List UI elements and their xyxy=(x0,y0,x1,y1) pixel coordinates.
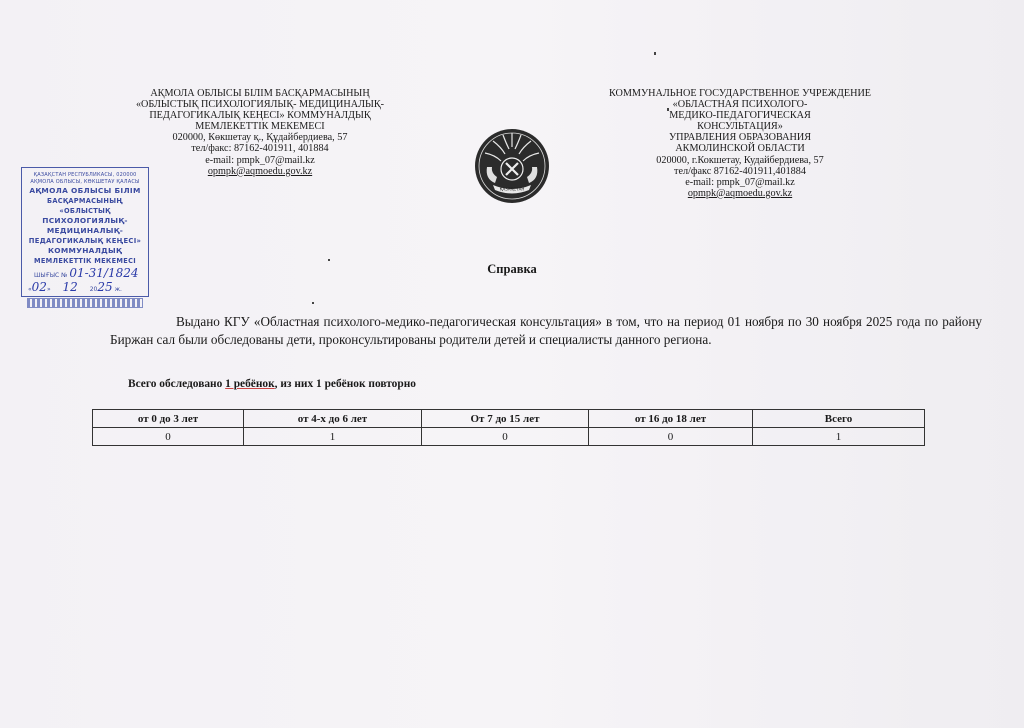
outgoing-registration-stamp: ҚАЗАҚСТАН РЕСПУБЛИКАСЫ, 020000 АҚМОЛА ОБ… xyxy=(21,167,149,297)
stamp-org-line: ПЕДАГОГИКАЛЫҚ КЕҢЕСІ» xyxy=(22,236,148,246)
table-header-cell: От 7 до 15 лет xyxy=(422,410,589,428)
header-address: 020000, г.Кокшетау, Кудайбердиева, 57 xyxy=(585,155,895,166)
header-line: АКМОЛИНСКОЙ ОБЛАСТИ xyxy=(585,143,895,154)
stamp-date-day: 02 xyxy=(32,280,47,294)
header-line: МЕДИКО-ПЕДАГОГИЧЕСКАЯ xyxy=(585,110,895,121)
stamp-org-line: БАСҚАРМАСЫНЫҢ «ОБЛЫСТЫҚ xyxy=(22,196,148,216)
header-line: ПЕДАГОГИКАЛЫҚ КЕҢЕСІ» КОММУНАЛДЫҚ xyxy=(110,110,410,121)
header-phone: тел/факс: 87162-401911, 401884 xyxy=(110,143,410,154)
stamp-ornament xyxy=(27,298,143,308)
document-body: Выдано КГУ «Областная психолого-медико-п… xyxy=(110,313,982,349)
summary-count: 1 ребёнок xyxy=(225,378,275,390)
header-line: АҚМОЛА ОБЛЫСЫ БІЛІМ БАСҚАРМАСЫНЫҢ xyxy=(110,88,410,99)
stamp-org-line: ПСИХОЛОГИЯЛЫҚ- xyxy=(22,216,148,226)
table-cell: 0 xyxy=(422,428,589,446)
stamp-date: «02» 12 2025 ж. xyxy=(22,282,148,295)
table-cell: 1 xyxy=(244,428,422,446)
stamp-date-month: 12 xyxy=(63,280,78,294)
scan-speck xyxy=(654,52,656,55)
header-line: «ОБЛЫСТЫҚ ПСИХОЛОГИЯЛЫҚ- МЕДИЦИНАЛЫҚ- xyxy=(110,99,410,110)
header-line: МЕМЛЕКЕТТІК МЕКЕМЕСІ xyxy=(110,121,410,132)
header-address: 020000, Көкшетау қ., Құдайбердиева, 57 xyxy=(110,132,410,143)
state-emblem-icon: ҚАЗАҚСТАН xyxy=(473,127,551,205)
header-kazakh: АҚМОЛА ОБЛЫСЫ БІЛІМ БАСҚАРМАСЫНЫҢ «ОБЛЫС… xyxy=(110,88,410,177)
header-email: e-mail: pmpk_07@mail.kz xyxy=(585,177,895,188)
stamp-city-line: АҚМОЛА ОБЛЫСЫ, КӨКШЕТАУ ҚАЛАСЫ xyxy=(22,179,148,186)
scan-speck xyxy=(328,259,330,261)
age-group-stats-table: от 0 до 3 лет от 4-х до 6 лет От 7 до 15… xyxy=(92,409,925,446)
scan-speck xyxy=(312,302,314,304)
document-title: Справка xyxy=(0,262,1024,277)
header-phone: тел/факс 87162-401911,401884 xyxy=(585,166,895,177)
body-paragraph: Выдано КГУ «Областная психолого-медико-п… xyxy=(110,314,982,347)
stamp-org-line: МЕДИЦИНАЛЫҚ- xyxy=(22,226,148,236)
header-line: УПРАВЛЕНИЯ ОБРАЗОВАНИЯ xyxy=(585,132,895,143)
header-email-link[interactable]: opmpk@aqmoedu.gov.kz xyxy=(585,188,895,199)
header-line: КОММУНАЛЬНОЕ ГОСУДАРСТВЕННОЕ УЧРЕЖДЕНИЕ xyxy=(585,88,895,99)
stamp-org-line: АҚМОЛА ОБЛЫСЫ БІЛІМ xyxy=(22,186,148,196)
header-email: e-mail: pmpk_07@mail.kz xyxy=(110,155,410,166)
table-row: 0 1 0 0 1 xyxy=(93,428,925,446)
scan-speck xyxy=(667,108,669,111)
stamp-date-suffix: ж. xyxy=(115,286,122,293)
svg-text:ҚАЗАҚСТАН: ҚАЗАҚСТАН xyxy=(500,187,525,192)
table-header-cell: от 16 до 18 лет xyxy=(589,410,753,428)
table-header-cell: Всего xyxy=(753,410,925,428)
table-header-cell: от 0 до 3 лет xyxy=(93,410,244,428)
stamp-country-line: ҚАЗАҚСТАН РЕСПУБЛИКАСЫ, 020000 xyxy=(22,172,148,179)
summary-suffix: , из них 1 ребёнок повторно xyxy=(275,378,416,390)
table-header-cell: от 4-х до 6 лет xyxy=(244,410,422,428)
summary-line: Всего обследовано 1 ребёнок, из них 1 ре… xyxy=(128,378,416,390)
header-email-link[interactable]: opmpk@aqmoedu.gov.kz xyxy=(110,166,410,177)
scanned-document-page: АҚМОЛА ОБЛЫСЫ БІЛІМ БАСҚАРМАСЫНЫҢ «ОБЛЫС… xyxy=(0,0,1024,728)
stamp-org-line: КОММУНАЛДЫҚ xyxy=(22,246,148,256)
stamp-date-year-suffix: 25 xyxy=(97,280,112,294)
table-cell: 1 xyxy=(753,428,925,446)
header-line: «ОБЛАСТНАЯ ПСИХОЛОГО- xyxy=(585,99,895,110)
table-cell: 0 xyxy=(589,428,753,446)
table-header-row: от 0 до 3 лет от 4-х до 6 лет От 7 до 15… xyxy=(93,410,925,428)
table-cell: 0 xyxy=(93,428,244,446)
summary-prefix: Всего обследовано xyxy=(128,378,225,390)
header-line: КОНСУЛЬТАЦИЯ» xyxy=(585,121,895,132)
header-russian: КОММУНАЛЬНОЕ ГОСУДАРСТВЕННОЕ УЧРЕЖДЕНИЕ … xyxy=(585,88,895,199)
